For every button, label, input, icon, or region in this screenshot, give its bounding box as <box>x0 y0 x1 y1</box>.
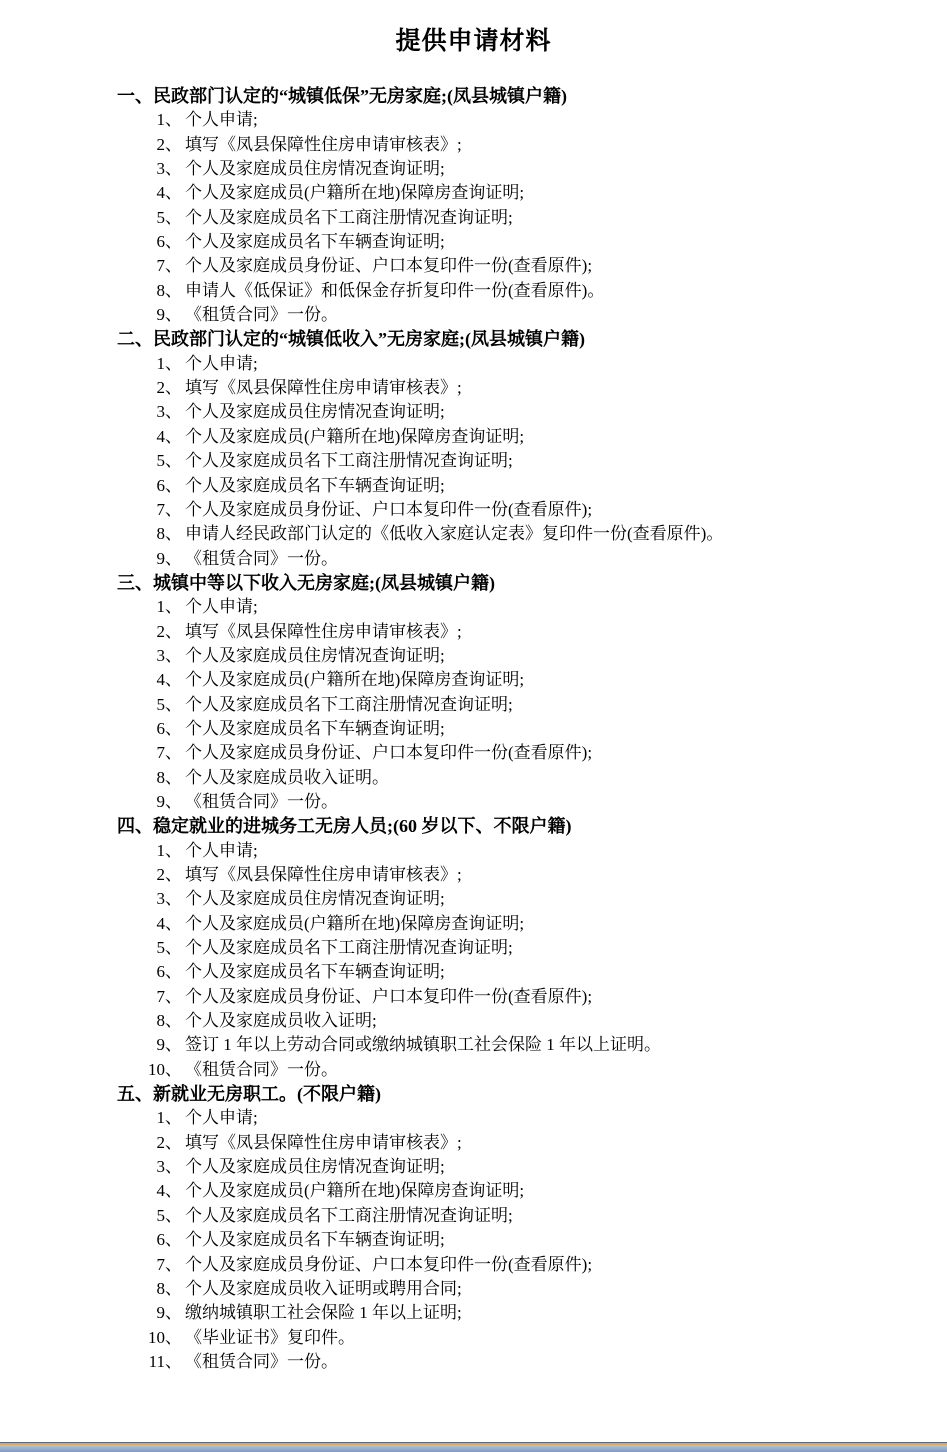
list-item: 2、填写《凤县保障性住房申请审核表》; <box>0 1131 947 1155</box>
item-number: 7、 <box>118 498 182 522</box>
list-item: 6、个人及家庭成员名下车辆查询证明; <box>0 960 947 984</box>
list-item: 2、填写《凤县保障性住房申请审核表》; <box>0 620 947 644</box>
item-number: 5、 <box>118 1204 182 1228</box>
list-item: 8、申请人经民政部门认定的《低收入家庭认定表》复印件一份(查看原件)。 <box>0 522 947 546</box>
item-text: 填写《凤县保障性住房申请审核表》; <box>185 1131 462 1155</box>
item-number: 3、 <box>118 157 182 181</box>
item-text: 填写《凤县保障性住房申请审核表》; <box>185 376 462 400</box>
window-bottom-edge <box>0 1442 947 1452</box>
item-text: 个人及家庭成员名下车辆查询证明; <box>185 960 445 984</box>
list-item: 5、个人及家庭成员名下工商注册情况查询证明; <box>0 936 947 960</box>
page-title: 提供申请材料 <box>0 26 947 58</box>
item-number: 3、 <box>118 1155 182 1179</box>
list-item: 2、填写《凤县保障性住房申请审核表》; <box>0 376 947 400</box>
item-number: 2、 <box>118 620 182 644</box>
item-text: 个人及家庭成员名下工商注册情况查询证明; <box>185 449 513 473</box>
item-text: 个人及家庭成员收入证明; <box>185 1009 377 1033</box>
item-text: 个人及家庭成员住房情况查询证明; <box>185 887 445 911</box>
list-item: 6、个人及家庭成员名下车辆查询证明; <box>0 1228 947 1252</box>
sections-container: 一、民政部门认定的“城镇低保”无房家庭;(凤县城镇户籍)1、个人申请;2、填写《… <box>0 84 947 1374</box>
item-number: 9、 <box>118 303 182 327</box>
item-number: 6、 <box>118 230 182 254</box>
item-text: 《租赁合同》一份。 <box>185 790 338 814</box>
item-text: 个人及家庭成员(户籍所在地)保障房查询证明; <box>185 668 524 692</box>
item-number: 4、 <box>118 181 182 205</box>
list-item: 9、《租赁合同》一份。 <box>0 790 947 814</box>
item-text: 个人及家庭成员身份证、户口本复印件一份(查看原件); <box>185 498 592 522</box>
item-number: 6、 <box>118 1228 182 1252</box>
item-text: 个人及家庭成员名下车辆查询证明; <box>185 1228 445 1252</box>
list-item: 1、个人申请; <box>0 839 947 863</box>
item-number: 4、 <box>118 912 182 936</box>
item-text: 个人申请; <box>185 595 258 619</box>
list-item: 3、个人及家庭成员住房情况查询证明; <box>0 644 947 668</box>
item-number: 9、 <box>118 790 182 814</box>
item-text: 个人及家庭成员身份证、户口本复印件一份(查看原件); <box>185 985 592 1009</box>
item-text: 个人及家庭成员名下工商注册情况查询证明; <box>185 693 513 717</box>
item-number: 1、 <box>118 595 182 619</box>
item-number: 7、 <box>118 254 182 278</box>
list-item: 1、个人申请; <box>0 352 947 376</box>
item-number: 1、 <box>118 352 182 376</box>
list-item: 2、填写《凤县保障性住房申请审核表》; <box>0 133 947 157</box>
item-number: 8、 <box>118 1009 182 1033</box>
list-item: 5、个人及家庭成员名下工商注册情况查询证明; <box>0 206 947 230</box>
list-item: 8、申请人《低保证》和低保金存折复印件一份(查看原件)。 <box>0 279 947 303</box>
item-number: 8、 <box>118 766 182 790</box>
item-number: 7、 <box>118 985 182 1009</box>
item-text: 个人及家庭成员名下车辆查询证明; <box>185 474 445 498</box>
list-item: 9、缴纳城镇职工社会保险 1 年以上证明; <box>0 1301 947 1325</box>
list-item: 10、《租赁合同》一份。 <box>0 1058 947 1082</box>
item-number: 1、 <box>118 108 182 132</box>
list-item: 8、个人及家庭成员收入证明或聘用合同; <box>0 1277 947 1301</box>
item-text: 个人及家庭成员(户籍所在地)保障房查询证明; <box>185 912 524 936</box>
list-item: 1、个人申请; <box>0 1106 947 1130</box>
bottom-blue-strip <box>0 1445 947 1452</box>
section: 五、新就业无房职工。(不限户籍)1、个人申请;2、填写《凤县保障性住房申请审核表… <box>0 1082 947 1374</box>
list-item: 3、个人及家庭成员住房情况查询证明; <box>0 887 947 911</box>
item-number: 4、 <box>118 668 182 692</box>
item-text: 个人申请; <box>185 839 258 863</box>
section-heading: 一、民政部门认定的“城镇低保”无房家庭;(凤县城镇户籍) <box>0 84 947 108</box>
item-number: 9、 <box>118 1033 182 1057</box>
item-text: 个人及家庭成员身份证、户口本复印件一份(查看原件); <box>185 1253 592 1277</box>
list-item: 9、《租赁合同》一份。 <box>0 547 947 571</box>
item-text: 《租赁合同》一份。 <box>185 1350 338 1374</box>
item-number: 5、 <box>118 693 182 717</box>
list-item: 2、填写《凤县保障性住房申请审核表》; <box>0 863 947 887</box>
item-text: 填写《凤县保障性住房申请审核表》; <box>185 863 462 887</box>
item-text: 个人及家庭成员名下车辆查询证明; <box>185 230 445 254</box>
item-text: 个人及家庭成员身份证、户口本复印件一份(查看原件); <box>185 254 592 278</box>
item-text: 个人及家庭成员名下工商注册情况查询证明; <box>185 1204 513 1228</box>
item-number: 4、 <box>118 1179 182 1203</box>
list-item: 6、个人及家庭成员名下车辆查询证明; <box>0 230 947 254</box>
list-item: 8、个人及家庭成员收入证明; <box>0 1009 947 1033</box>
item-number: 7、 <box>118 1253 182 1277</box>
item-text: 申请人《低保证》和低保金存折复印件一份(查看原件)。 <box>185 279 604 303</box>
list-item: 4、个人及家庭成员(户籍所在地)保障房查询证明; <box>0 181 947 205</box>
item-text: 个人及家庭成员名下工商注册情况查询证明; <box>185 206 513 230</box>
item-number: 3、 <box>118 400 182 424</box>
list-item: 5、个人及家庭成员名下工商注册情况查询证明; <box>0 449 947 473</box>
section: 一、民政部门认定的“城镇低保”无房家庭;(凤县城镇户籍)1、个人申请;2、填写《… <box>0 84 947 327</box>
item-number: 3、 <box>118 887 182 911</box>
list-item: 3、个人及家庭成员住房情况查询证明; <box>0 1155 947 1179</box>
list-item: 11、《租赁合同》一份。 <box>0 1350 947 1374</box>
section-heading: 五、新就业无房职工。(不限户籍) <box>0 1082 947 1106</box>
item-number: 7、 <box>118 741 182 765</box>
item-number: 2、 <box>118 863 182 887</box>
item-text: 申请人经民政部门认定的《低收入家庭认定表》复印件一份(查看原件)。 <box>185 522 723 546</box>
item-text: 《租赁合同》一份。 <box>185 1058 338 1082</box>
item-number: 5、 <box>118 449 182 473</box>
list-item: 6、个人及家庭成员名下车辆查询证明; <box>0 717 947 741</box>
item-text: 个人及家庭成员(户籍所在地)保障房查询证明; <box>185 1179 524 1203</box>
item-text: 个人及家庭成员住房情况查询证明; <box>185 400 445 424</box>
list-item: 9、《租赁合同》一份。 <box>0 303 947 327</box>
item-text: 个人及家庭成员名下车辆查询证明; <box>185 717 445 741</box>
section: 二、民政部门认定的“城镇低收入”无房家庭;(凤县城镇户籍)1、个人申请;2、填写… <box>0 327 947 570</box>
list-item: 4、个人及家庭成员(户籍所在地)保障房查询证明; <box>0 912 947 936</box>
list-item: 7、个人及家庭成员身份证、户口本复印件一份(查看原件); <box>0 254 947 278</box>
item-number: 8、 <box>118 1277 182 1301</box>
item-number: 9、 <box>118 1301 182 1325</box>
item-number: 8、 <box>118 522 182 546</box>
item-number: 2、 <box>118 1131 182 1155</box>
list-item: 6、个人及家庭成员名下车辆查询证明; <box>0 474 947 498</box>
item-text: 填写《凤县保障性住房申请审核表》; <box>185 133 462 157</box>
item-text: 《租赁合同》一份。 <box>185 303 338 327</box>
list-item: 7、个人及家庭成员身份证、户口本复印件一份(查看原件); <box>0 1253 947 1277</box>
section-heading: 四、稳定就业的进城务工无房人员;(60 岁以下、不限户籍) <box>0 814 947 838</box>
item-number: 4、 <box>118 425 182 449</box>
list-item: 4、个人及家庭成员(户籍所在地)保障房查询证明; <box>0 425 947 449</box>
item-text: 个人及家庭成员名下工商注册情况查询证明; <box>185 936 513 960</box>
item-text: 个人及家庭成员收入证明或聘用合同; <box>185 1277 462 1301</box>
item-text: 个人及家庭成员住房情况查询证明; <box>185 644 445 668</box>
item-number: 5、 <box>118 936 182 960</box>
item-text: 个人及家庭成员住房情况查询证明; <box>185 157 445 181</box>
list-item: 1、个人申请; <box>0 595 947 619</box>
item-number: 9、 <box>118 547 182 571</box>
item-number: 8、 <box>118 279 182 303</box>
list-item: 4、个人及家庭成员(户籍所在地)保障房查询证明; <box>0 1179 947 1203</box>
list-item: 7、个人及家庭成员身份证、户口本复印件一份(查看原件); <box>0 741 947 765</box>
item-number: 11、 <box>118 1350 182 1374</box>
list-item: 7、个人及家庭成员身份证、户口本复印件一份(查看原件); <box>0 498 947 522</box>
item-number: 6、 <box>118 960 182 984</box>
section-heading: 二、民政部门认定的“城镇低收入”无房家庭;(凤县城镇户籍) <box>0 327 947 351</box>
item-text: 签订 1 年以上劳动合同或缴纳城镇职工社会保险 1 年以上证明。 <box>185 1033 661 1057</box>
item-number: 3、 <box>118 644 182 668</box>
item-text: 个人及家庭成员(户籍所在地)保障房查询证明; <box>185 181 524 205</box>
list-item: 1、个人申请; <box>0 108 947 132</box>
item-text: 缴纳城镇职工社会保险 1 年以上证明; <box>185 1301 462 1325</box>
item-number: 10、 <box>118 1326 182 1350</box>
list-item: 3、个人及家庭成员住房情况查询证明; <box>0 157 947 181</box>
section: 三、城镇中等以下收入无房家庭;(凤县城镇户籍)1、个人申请;2、填写《凤县保障性… <box>0 571 947 814</box>
item-number: 2、 <box>118 133 182 157</box>
list-item: 7、个人及家庭成员身份证、户口本复印件一份(查看原件); <box>0 985 947 1009</box>
section: 四、稳定就业的进城务工无房人员;(60 岁以下、不限户籍)1、个人申请;2、填写… <box>0 814 947 1082</box>
item-number: 1、 <box>118 1106 182 1130</box>
item-text: 个人申请; <box>185 352 258 376</box>
item-text: 个人申请; <box>185 108 258 132</box>
item-number: 1、 <box>118 839 182 863</box>
item-text: 填写《凤县保障性住房申请审核表》; <box>185 620 462 644</box>
item-text: 个人及家庭成员住房情况查询证明; <box>185 1155 445 1179</box>
list-item: 5、个人及家庭成员名下工商注册情况查询证明; <box>0 693 947 717</box>
item-number: 6、 <box>118 717 182 741</box>
item-number: 2、 <box>118 376 182 400</box>
item-number: 6、 <box>118 474 182 498</box>
list-item: 3、个人及家庭成员住房情况查询证明; <box>0 400 947 424</box>
item-text: 个人申请; <box>185 1106 258 1130</box>
item-text: 个人及家庭成员收入证明。 <box>185 766 389 790</box>
list-item: 10、《毕业证书》复印件。 <box>0 1326 947 1350</box>
list-item: 9、签订 1 年以上劳动合同或缴纳城镇职工社会保险 1 年以上证明。 <box>0 1033 947 1057</box>
list-item: 4、个人及家庭成员(户籍所在地)保障房查询证明; <box>0 668 947 692</box>
item-text: 个人及家庭成员身份证、户口本复印件一份(查看原件); <box>185 741 592 765</box>
list-item: 5、个人及家庭成员名下工商注册情况查询证明; <box>0 1204 947 1228</box>
item-text: 个人及家庭成员(户籍所在地)保障房查询证明; <box>185 425 524 449</box>
list-item: 8、个人及家庭成员收入证明。 <box>0 766 947 790</box>
item-text: 《毕业证书》复印件。 <box>185 1326 355 1350</box>
item-number: 5、 <box>118 206 182 230</box>
item-number: 10、 <box>118 1058 182 1082</box>
item-text: 《租赁合同》一份。 <box>185 547 338 571</box>
section-heading: 三、城镇中等以下收入无房家庭;(凤县城镇户籍) <box>0 571 947 595</box>
